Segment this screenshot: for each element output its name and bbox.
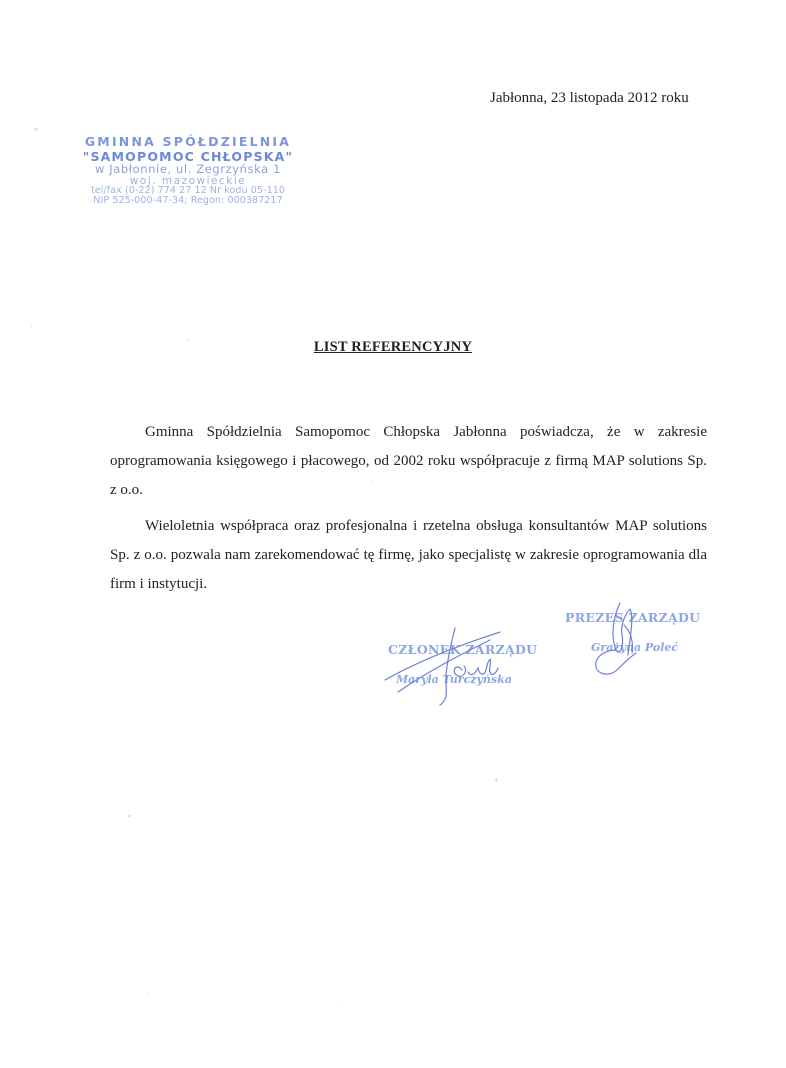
signature-role-member: CZŁONEK ZARZĄDU	[388, 642, 537, 657]
scan-speck: ·	[30, 322, 33, 331]
scan-speck: ·	[340, 1002, 343, 1011]
stamp-line-name: GMINNA SPÓŁDZIELNIA	[70, 136, 306, 149]
scan-speck: ≈	[34, 125, 38, 134]
stamp-line-address: w Jabłonnie, ul. Zegrzyńska 1	[70, 164, 306, 176]
document-title: LIST REFERENCYJNY	[0, 339, 786, 356]
signature-name-president: Grażyna Poleć	[565, 641, 700, 654]
signature-block-president: PREZES ZARZĄDU Grażyna Poleć	[565, 610, 700, 654]
scan-speck: +	[494, 776, 499, 785]
scan-speck: ·	[146, 990, 149, 999]
stamp-line-ids: NIP 525-000-47-34; Regon: 000387217	[76, 196, 300, 206]
paragraph-cooperation: Gminna Spółdzielnia Samopomoc Chłopska J…	[110, 418, 707, 505]
signature-role-president: PREZES ZARZĄDU	[565, 610, 700, 625]
signature-block-member: CZŁONEK ZARZĄDU Maryla Turczyńska	[388, 642, 537, 686]
signature-name-member: Maryla Turczyńska	[388, 673, 537, 686]
scan-speck: ·	[128, 812, 131, 821]
company-stamp: GMINNA SPÓŁDZIELNIA "SAMOPOMOC CHŁOPSKA"…	[70, 136, 306, 206]
paragraph-recommendation: Wieloletnia współpraca oraz profesjonaln…	[110, 512, 707, 599]
place-and-date: Jabłonna, 23 listopada 2012 roku	[490, 90, 689, 107]
